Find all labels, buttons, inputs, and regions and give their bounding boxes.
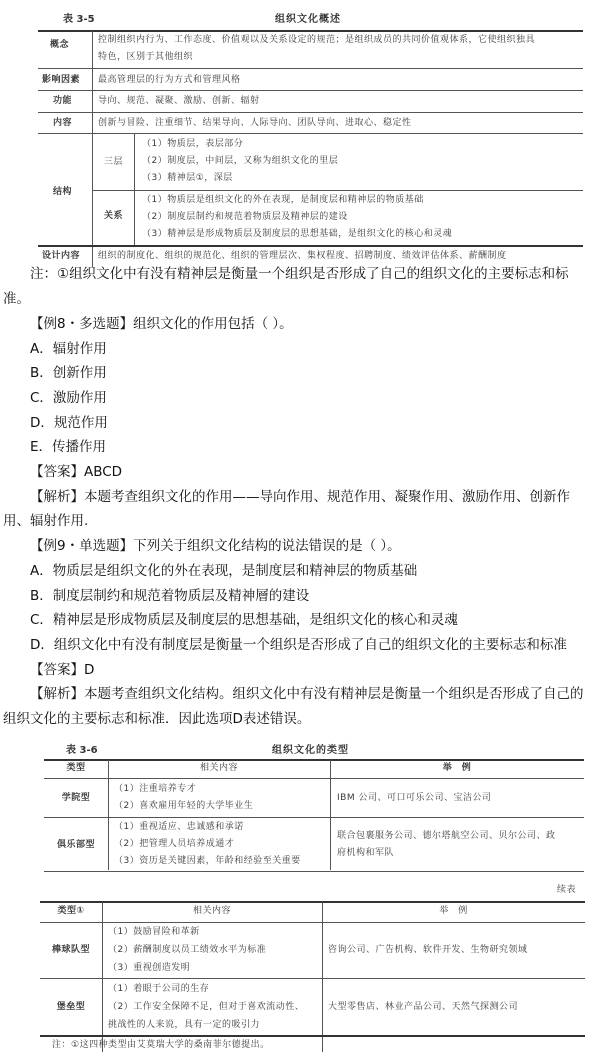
table-column-divider (92, 31, 93, 267)
row-divider (38, 112, 583, 113)
question-text: 【例8・多选题】组织文化的作用包括（ ）。 (30, 314, 293, 334)
example-cell: 大型零售店、林业产品公司、天然气探测公司 (328, 1000, 518, 1015)
content-cell: （2）薪酬制度以员工绩效水平为标准 (108, 943, 266, 958)
sub-content: （3）精神层是形成物质层及制度层的思想基础，是组织文化的核心和灵魂 (142, 227, 452, 242)
row-content: 特色，区别于其他组织 (98, 50, 193, 65)
sub-content: （1）物质层是组织文化的外在表现，是制度层和精神层的物质基础 (142, 193, 424, 208)
table-top-rule (40, 901, 585, 903)
type-cell: 棒球队型 (40, 943, 102, 958)
row-label: 设计内容 (42, 249, 80, 264)
content-cell: （3）重视创造发明 (108, 961, 190, 976)
content-cell: （2）把管理人员培养成通才 (114, 837, 234, 852)
row-divider (44, 871, 584, 872)
example-cell: 府机构和军队 (337, 846, 394, 861)
column-divider (322, 902, 323, 1052)
sub-content: （3）精神层①，深层 (142, 171, 233, 186)
content-cell: （1）重视适应、忠诚感和承诺 (114, 820, 244, 835)
row-divider (38, 68, 583, 69)
type-cell: 学院型 (44, 791, 108, 806)
note-line: 注：①组织文化中有没有精神层是衡量一个组织是否形成了自己的组织文化的主要标志和标 (30, 264, 569, 284)
row-divider (38, 133, 583, 134)
content-cell: （1）鼓励冒险和革新 (108, 925, 200, 940)
content-cell: （1）着眼于公司的生存 (108, 982, 209, 997)
row-divider (44, 778, 584, 779)
header-cell: 相关内容 (108, 761, 330, 776)
content-cell: （2）喜欢雇用年轻的大学毕业生 (114, 799, 253, 814)
answer-text: 【答案】ABCD (30, 462, 122, 482)
content-cell: （1）注重培养专才 (114, 782, 196, 797)
row-divider (40, 922, 585, 923)
content-cell: 挑战性的人来说，具有一定的吸引力 (108, 1018, 260, 1033)
content-cell: （2）工作安全保障不足，但对于喜欢流动性、 (108, 1000, 304, 1015)
sub-label: 三层 (104, 155, 123, 170)
row-label: 影响因素 (42, 73, 80, 88)
sub-content: （2）制度层制约和规范着物质层及精神层的建设 (142, 210, 348, 225)
row-divider (92, 190, 583, 191)
table-caption: 表 3-5 (63, 10, 95, 25)
answer-text: 【答案】D (30, 660, 94, 680)
type-cell: 堡垒型 (40, 1000, 102, 1015)
row-content: 控制组织内行为、工作态度、价值观以及关系设定的规范；是组织成员的共同价值观体系，… (98, 33, 535, 48)
header-cell: 举 例 (330, 761, 584, 776)
table-footnote: 注：①这四种类型由艾莫瑞大学的桑南菲尔德提出。 (52, 1038, 270, 1052)
option-c: C．精神层是形成物质层及制度层的思想基础，是组织文化的核心和灵魂 (30, 610, 458, 630)
sub-label: 关系 (104, 209, 123, 224)
analysis-text: 【解析】本题考查组织文化的作用——导向作用、规范作用、凝聚作用、激励作用、创新作 (30, 487, 570, 507)
row-label: 概念 (50, 38, 69, 53)
option-c: C．激励作用 (30, 388, 107, 408)
row-content: 导向、规范、凝聚、激励、创新、辐射 (98, 94, 260, 109)
column-divider (330, 760, 331, 870)
example-cell: 咨询公司、广告机构、软件开发、生物研究领域 (328, 943, 528, 958)
row-divider (44, 817, 584, 818)
option-d: D．组织文化中有没有制度层是衡量一个组织是否形成了自己的组织文化的主要标志和标准 (30, 635, 567, 655)
analysis-text: 用、辐射作用. (3, 511, 88, 531)
analysis-text: 组织文化的主要标志和标准．因此选项D表述错误。 (3, 709, 310, 729)
table-title: 组织文化的类型 (272, 741, 349, 756)
option-b: B．制度层制约和规范着物质层及精神層的建设 (30, 586, 309, 606)
table-top-rule (38, 30, 583, 32)
continued-label: 续表 (557, 883, 576, 898)
question-text: 【例9・单选题】下列关于组织文化结构的说法错误的是（ ）。 (30, 536, 401, 556)
row-divider (38, 245, 583, 247)
option-e: E．传播作用 (30, 437, 106, 457)
row-divider (38, 90, 583, 91)
sub-content: （1）物质层，表层部分 (142, 137, 243, 152)
row-label: 内容 (53, 116, 72, 131)
header-cell: 相关内容 (102, 904, 322, 919)
option-a: A．物质层是组织文化的外在表现，是制度层和精神层的物质基础 (30, 561, 417, 581)
row-divider (40, 978, 585, 979)
option-d: D．规范作用 (30, 413, 108, 433)
table-title: 组织文化概述 (275, 10, 341, 25)
table-bottom-rule (40, 1035, 585, 1037)
option-b: B．创新作用 (30, 363, 107, 383)
column-divider (108, 760, 109, 870)
column-divider (102, 902, 103, 1052)
row-content: 创新与冒险、注重细节、结果导向、人际导向、团队导向、进取心、稳定性 (98, 116, 412, 131)
row-label: 结构 (53, 185, 72, 200)
content-cell: （3）资历是关键因素，年龄和经验至关重要 (114, 854, 301, 869)
row-label: 功能 (53, 94, 72, 109)
header-cell: 类型 (44, 761, 108, 776)
example-cell: 联合包裹服务公司、德尔塔航空公司、贝尔公司、政 (337, 829, 556, 844)
option-a: A．辐射作用 (30, 339, 107, 359)
type-cell: 俱乐部型 (44, 838, 108, 853)
header-cell: 举 例 (322, 904, 585, 919)
analysis-text: 【解析】本题考查组织文化结构。组织文化中有没有精神层是衡量一个组织是否形成了自己… (30, 684, 584, 704)
example-cell: IBM 公司、可口可乐公司、宝洁公司 (337, 791, 491, 806)
row-content: 组织的制度化、组织的规范化、组织的管理层次、集权程度、招聘制度、绩效评估体系、薪… (98, 249, 507, 264)
sub-content: （2）制度层，中间层，又称为组织文化的里层 (142, 154, 338, 169)
header-cell: 类型① (40, 904, 102, 919)
note-line: 准。 (3, 289, 30, 309)
table-caption: 表 3-6 (66, 741, 98, 756)
row-content: 最高管理层的行为方式和管理风格 (98, 73, 241, 88)
